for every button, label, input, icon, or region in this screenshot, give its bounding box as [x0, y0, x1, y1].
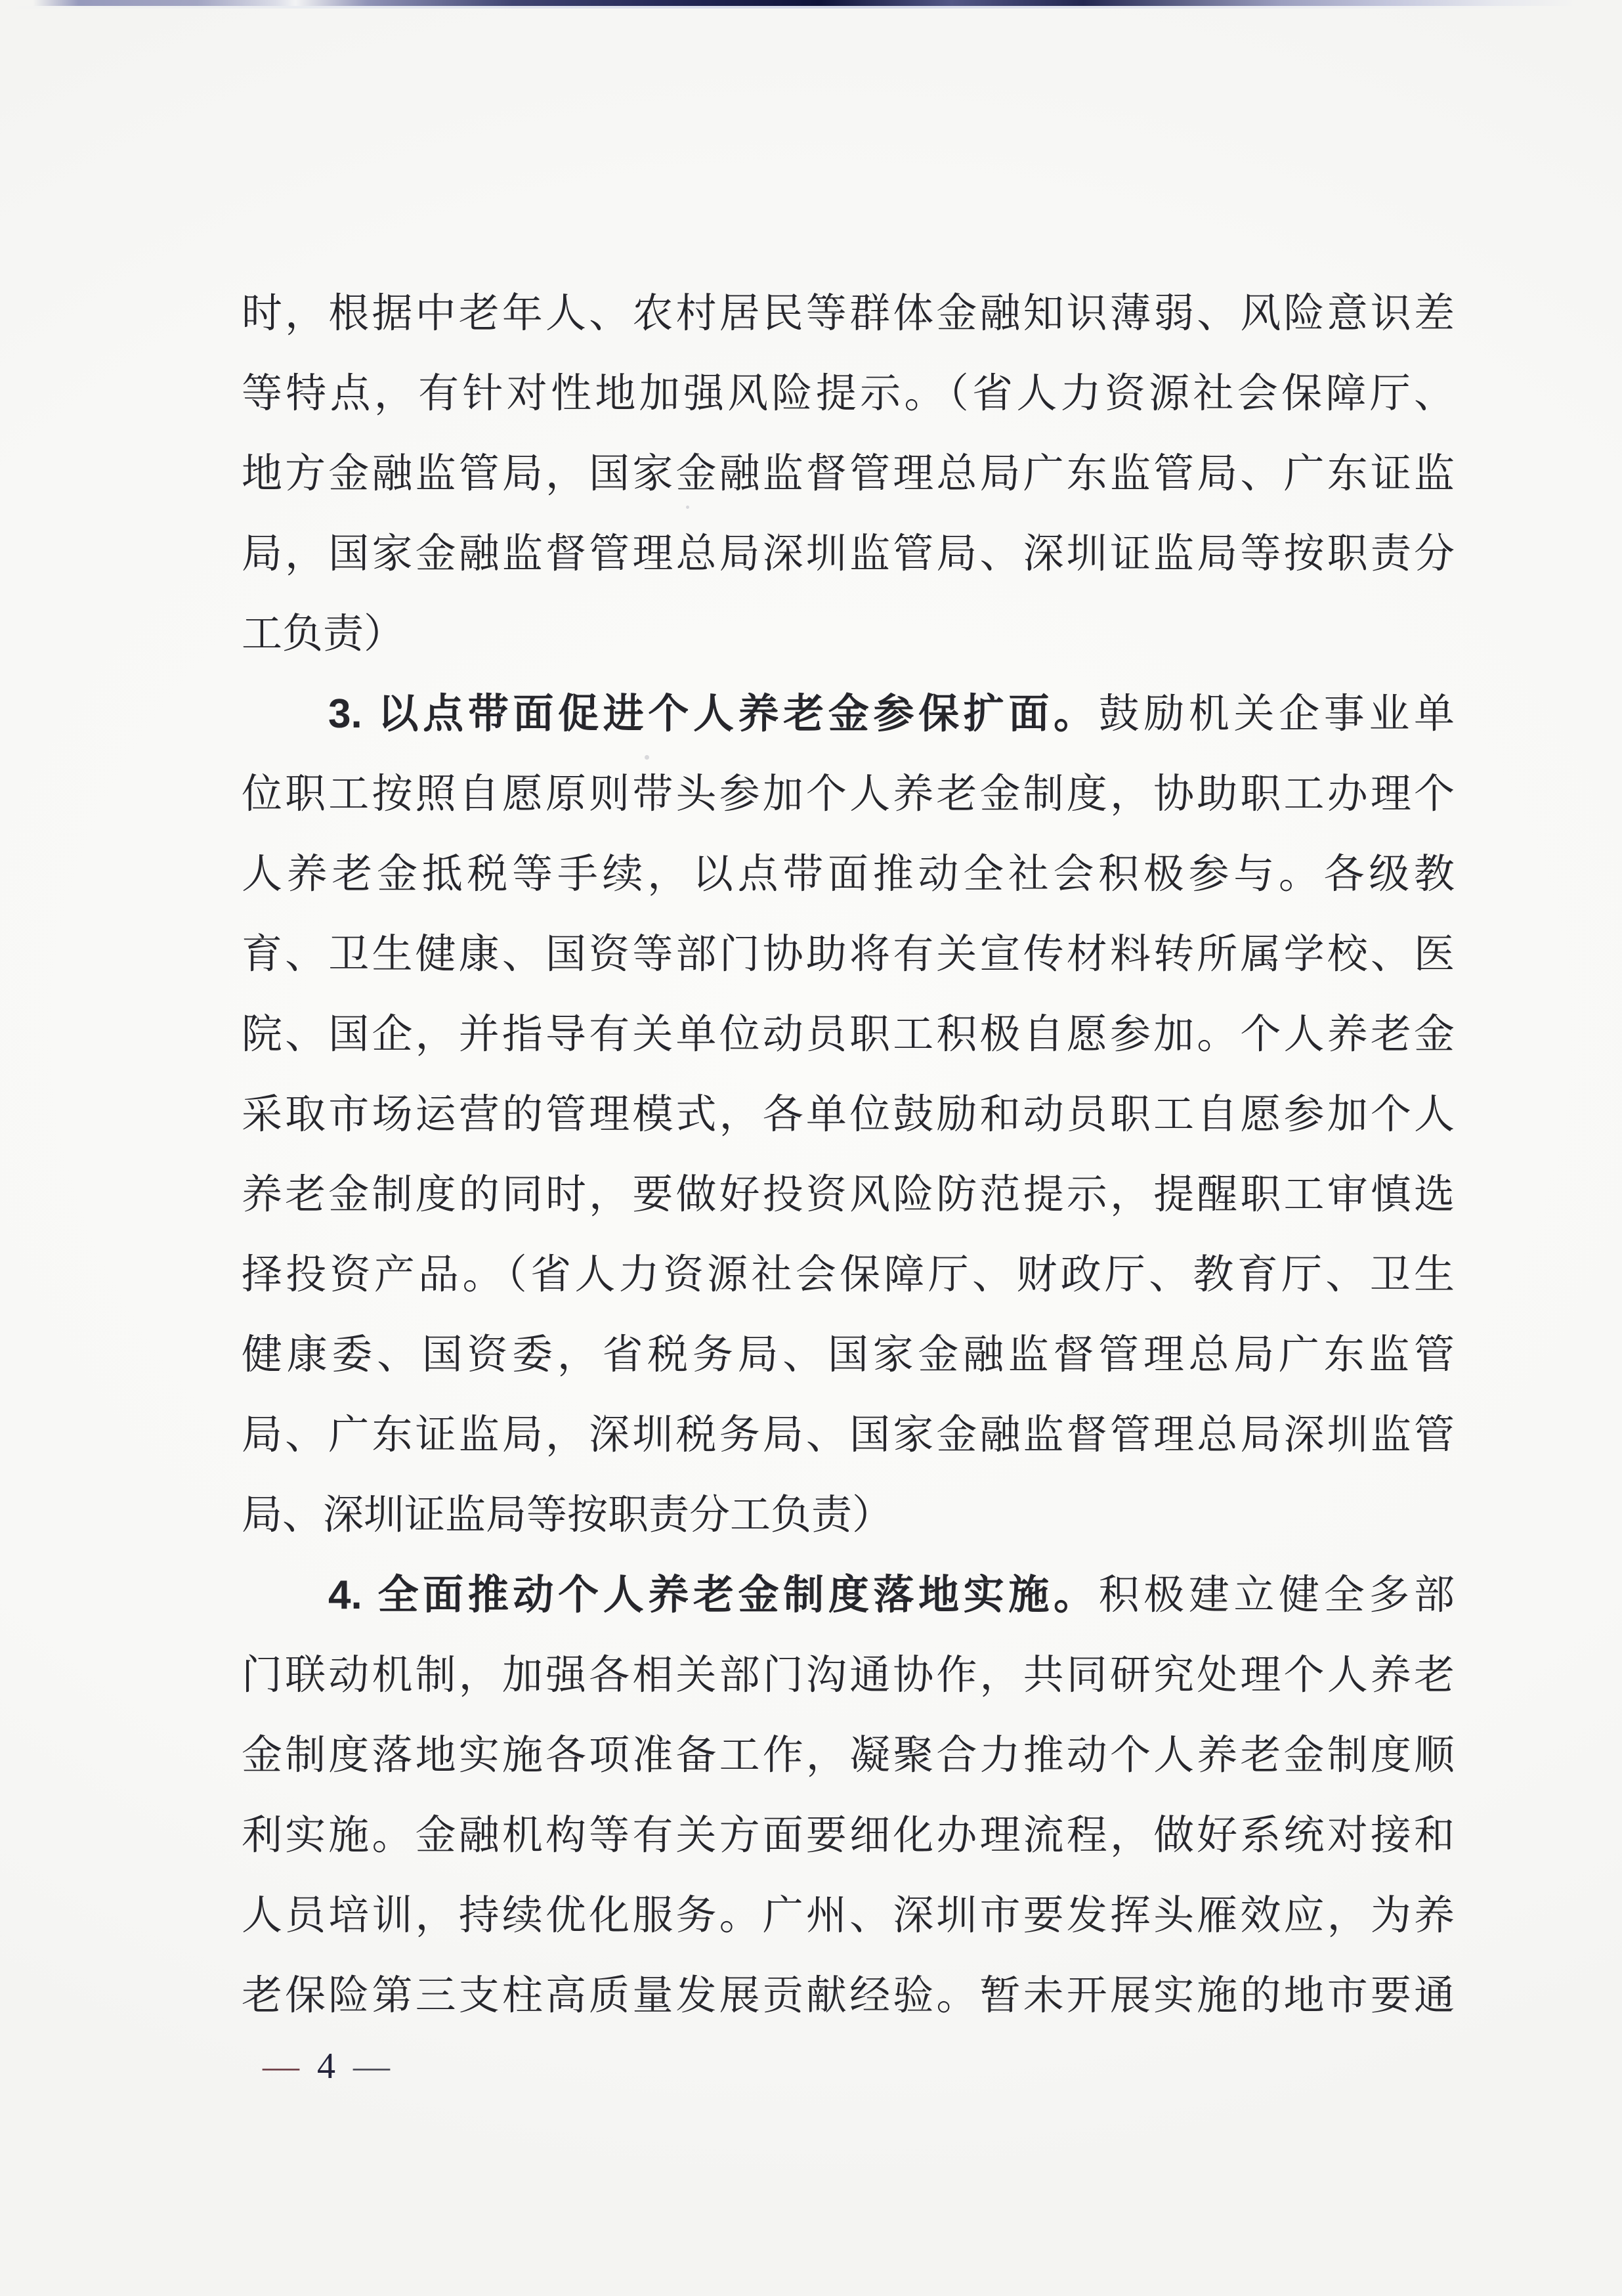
text-line: 人养老金抵税等手续，以点带面推动全社会积极参与。各级教 — [242, 834, 1455, 915]
text-run: 地方金融监管局，国家金融监督管理总局广东监管局、广东证监 — [242, 452, 1455, 496]
text-run: 育、卫生健康、国资等部门协助将有关宣传材料转所属学校、医 — [242, 932, 1455, 977]
text-line: 采取市场运营的管理模式，各单位鼓励和动员职工自愿参加个人 — [242, 1075, 1455, 1155]
text-run: 老保险第三支柱高质量发展贡献经验。暂未开展实施的地市要通 — [242, 1974, 1455, 2018]
text-run: 择投资产品。（省人力资源社会保障厅、财政厅、教育厅、卫生 — [242, 1253, 1455, 1297]
text-line: 健康委、国资委，省税务局、国家金融监督管理总局广东监管 — [242, 1315, 1455, 1395]
text-line: 门联动机制，加强各相关部门沟通协作，共同研究处理个人养老 — [242, 1635, 1455, 1716]
text-line: 局、深圳证监局等按职责分工负责） — [242, 1475, 1455, 1555]
scan-speck — [686, 506, 689, 509]
text-line: 时，根据中老年人、农村居民等群体金融知识薄弱、风险意识差 — [242, 274, 1455, 354]
text-run: 人员培训，持续优化服务。广州、深圳市要发挥头雁效应，为养 — [242, 1894, 1455, 1938]
scan-speck — [645, 755, 649, 760]
text-run: 金制度落地实施各项准备工作，凝聚合力推动个人养老金制度顺 — [242, 1733, 1455, 1778]
text-run: 鼓励机关企事业单 — [1099, 692, 1455, 737]
text-run: 利实施。金融机构等有关方面要细化办理流程，做好系统对接和 — [242, 1813, 1455, 1858]
text-body: 时，根据中老年人、农村居民等群体金融知识薄弱、风险意识差等特点，有针对性地加强风… — [242, 274, 1455, 2036]
text-line: 工负责） — [242, 594, 1455, 674]
text-line: 养老金制度的同时，要做好投资风险防范提示，提醒职工审慎选 — [242, 1155, 1455, 1235]
text-run: 人养老金抵税等手续，以点带面推动全社会积极参与。各级教 — [242, 852, 1455, 897]
text-line: 等特点，有针对性地加强风险提示。（省人力资源社会保障厅、 — [242, 354, 1455, 434]
text-run: 积极建立健全多部 — [1099, 1573, 1455, 1618]
text-run: 局、深圳证监局等按职责分工负责） — [242, 1493, 893, 1538]
text-run: 等特点，有针对性地加强风险提示。（省人力资源社会保障厅、 — [242, 372, 1455, 416]
text-line: 利实施。金融机构等有关方面要细化办理流程，做好系统对接和 — [242, 1796, 1455, 1876]
text-line: 择投资产品。（省人力资源社会保障厅、财政厅、教育厅、卫生 — [242, 1235, 1455, 1315]
heading-run: 3. 以点带面促进个人养老金参保扩面。 — [328, 691, 1099, 737]
text-line: 3. 以点带面促进个人养老金参保扩面。鼓励机关企事业单 — [242, 674, 1455, 754]
text-line: 地方金融监管局，国家金融监督管理总局广东监管局、广东证监 — [242, 434, 1455, 514]
page-number-left-dash: — — [263, 2046, 299, 2087]
page-number-right-dash: — — [353, 2046, 390, 2087]
page-number: — 4 — — [263, 2046, 390, 2087]
scan-artifact-top-edge-glow — [0, 6, 1622, 9]
text-line: 院、国企，并指导有关单位动员职工积极自愿参加。个人养老金 — [242, 995, 1455, 1075]
text-run: 局、广东证监局，深圳税务局、国家金融监督管理总局深圳监管 — [242, 1413, 1455, 1458]
text-line: 育、卫生健康、国资等部门协助将有关宣传材料转所属学校、医 — [242, 915, 1455, 995]
page-number-value: 4 — [317, 2046, 335, 2087]
text-run: 采取市场运营的管理模式，各单位鼓励和动员职工自愿参加个人 — [242, 1093, 1455, 1137]
text-line: 金制度落地实施各项准备工作，凝聚合力推动个人养老金制度顺 — [242, 1716, 1455, 1796]
text-run: 健康委、国资委，省税务局、国家金融监督管理总局广东监管 — [242, 1333, 1455, 1377]
text-run: 院、国企，并指导有关单位动员职工积极自愿参加。个人养老金 — [242, 1012, 1455, 1057]
scan-artifact-top-edge — [0, 0, 1622, 6]
text-run: 养老金制度的同时，要做好投资风险防范提示，提醒职工审慎选 — [242, 1173, 1455, 1217]
text-run: 局，国家金融监督管理总局深圳监管局、深圳证监局等按职责分 — [242, 532, 1455, 576]
text-line: 老保险第三支柱高质量发展贡献经验。暂未开展实施的地市要通 — [242, 1956, 1455, 2036]
text-line: 位职工按照自愿原则带头参加个人养老金制度，协助职工办理个 — [242, 754, 1455, 834]
document-page: 时，根据中老年人、农村居民等群体金融知识薄弱、风险意识差等特点，有针对性地加强风… — [0, 0, 1622, 2296]
heading-run: 4. 全面推动个人养老金制度落地实施。 — [328, 1572, 1099, 1618]
text-line: 人员培训，持续优化服务。广州、深圳市要发挥头雁效应，为养 — [242, 1876, 1455, 1956]
text-run: 位职工按照自愿原则带头参加个人养老金制度，协助职工办理个 — [242, 772, 1455, 817]
text-run: 时，根据中老年人、农村居民等群体金融知识薄弱、风险意识差 — [242, 292, 1455, 336]
text-run: 门联动机制，加强各相关部门沟通协作，共同研究处理个人养老 — [242, 1653, 1455, 1698]
text-run: 工负责） — [242, 612, 404, 657]
text-line: 4. 全面推动个人养老金制度落地实施。积极建立健全多部 — [242, 1555, 1455, 1635]
text-line: 局，国家金融监督管理总局深圳监管局、深圳证监局等按职责分 — [242, 514, 1455, 594]
text-line: 局、广东证监局，深圳税务局、国家金融监督管理总局深圳监管 — [242, 1395, 1455, 1475]
